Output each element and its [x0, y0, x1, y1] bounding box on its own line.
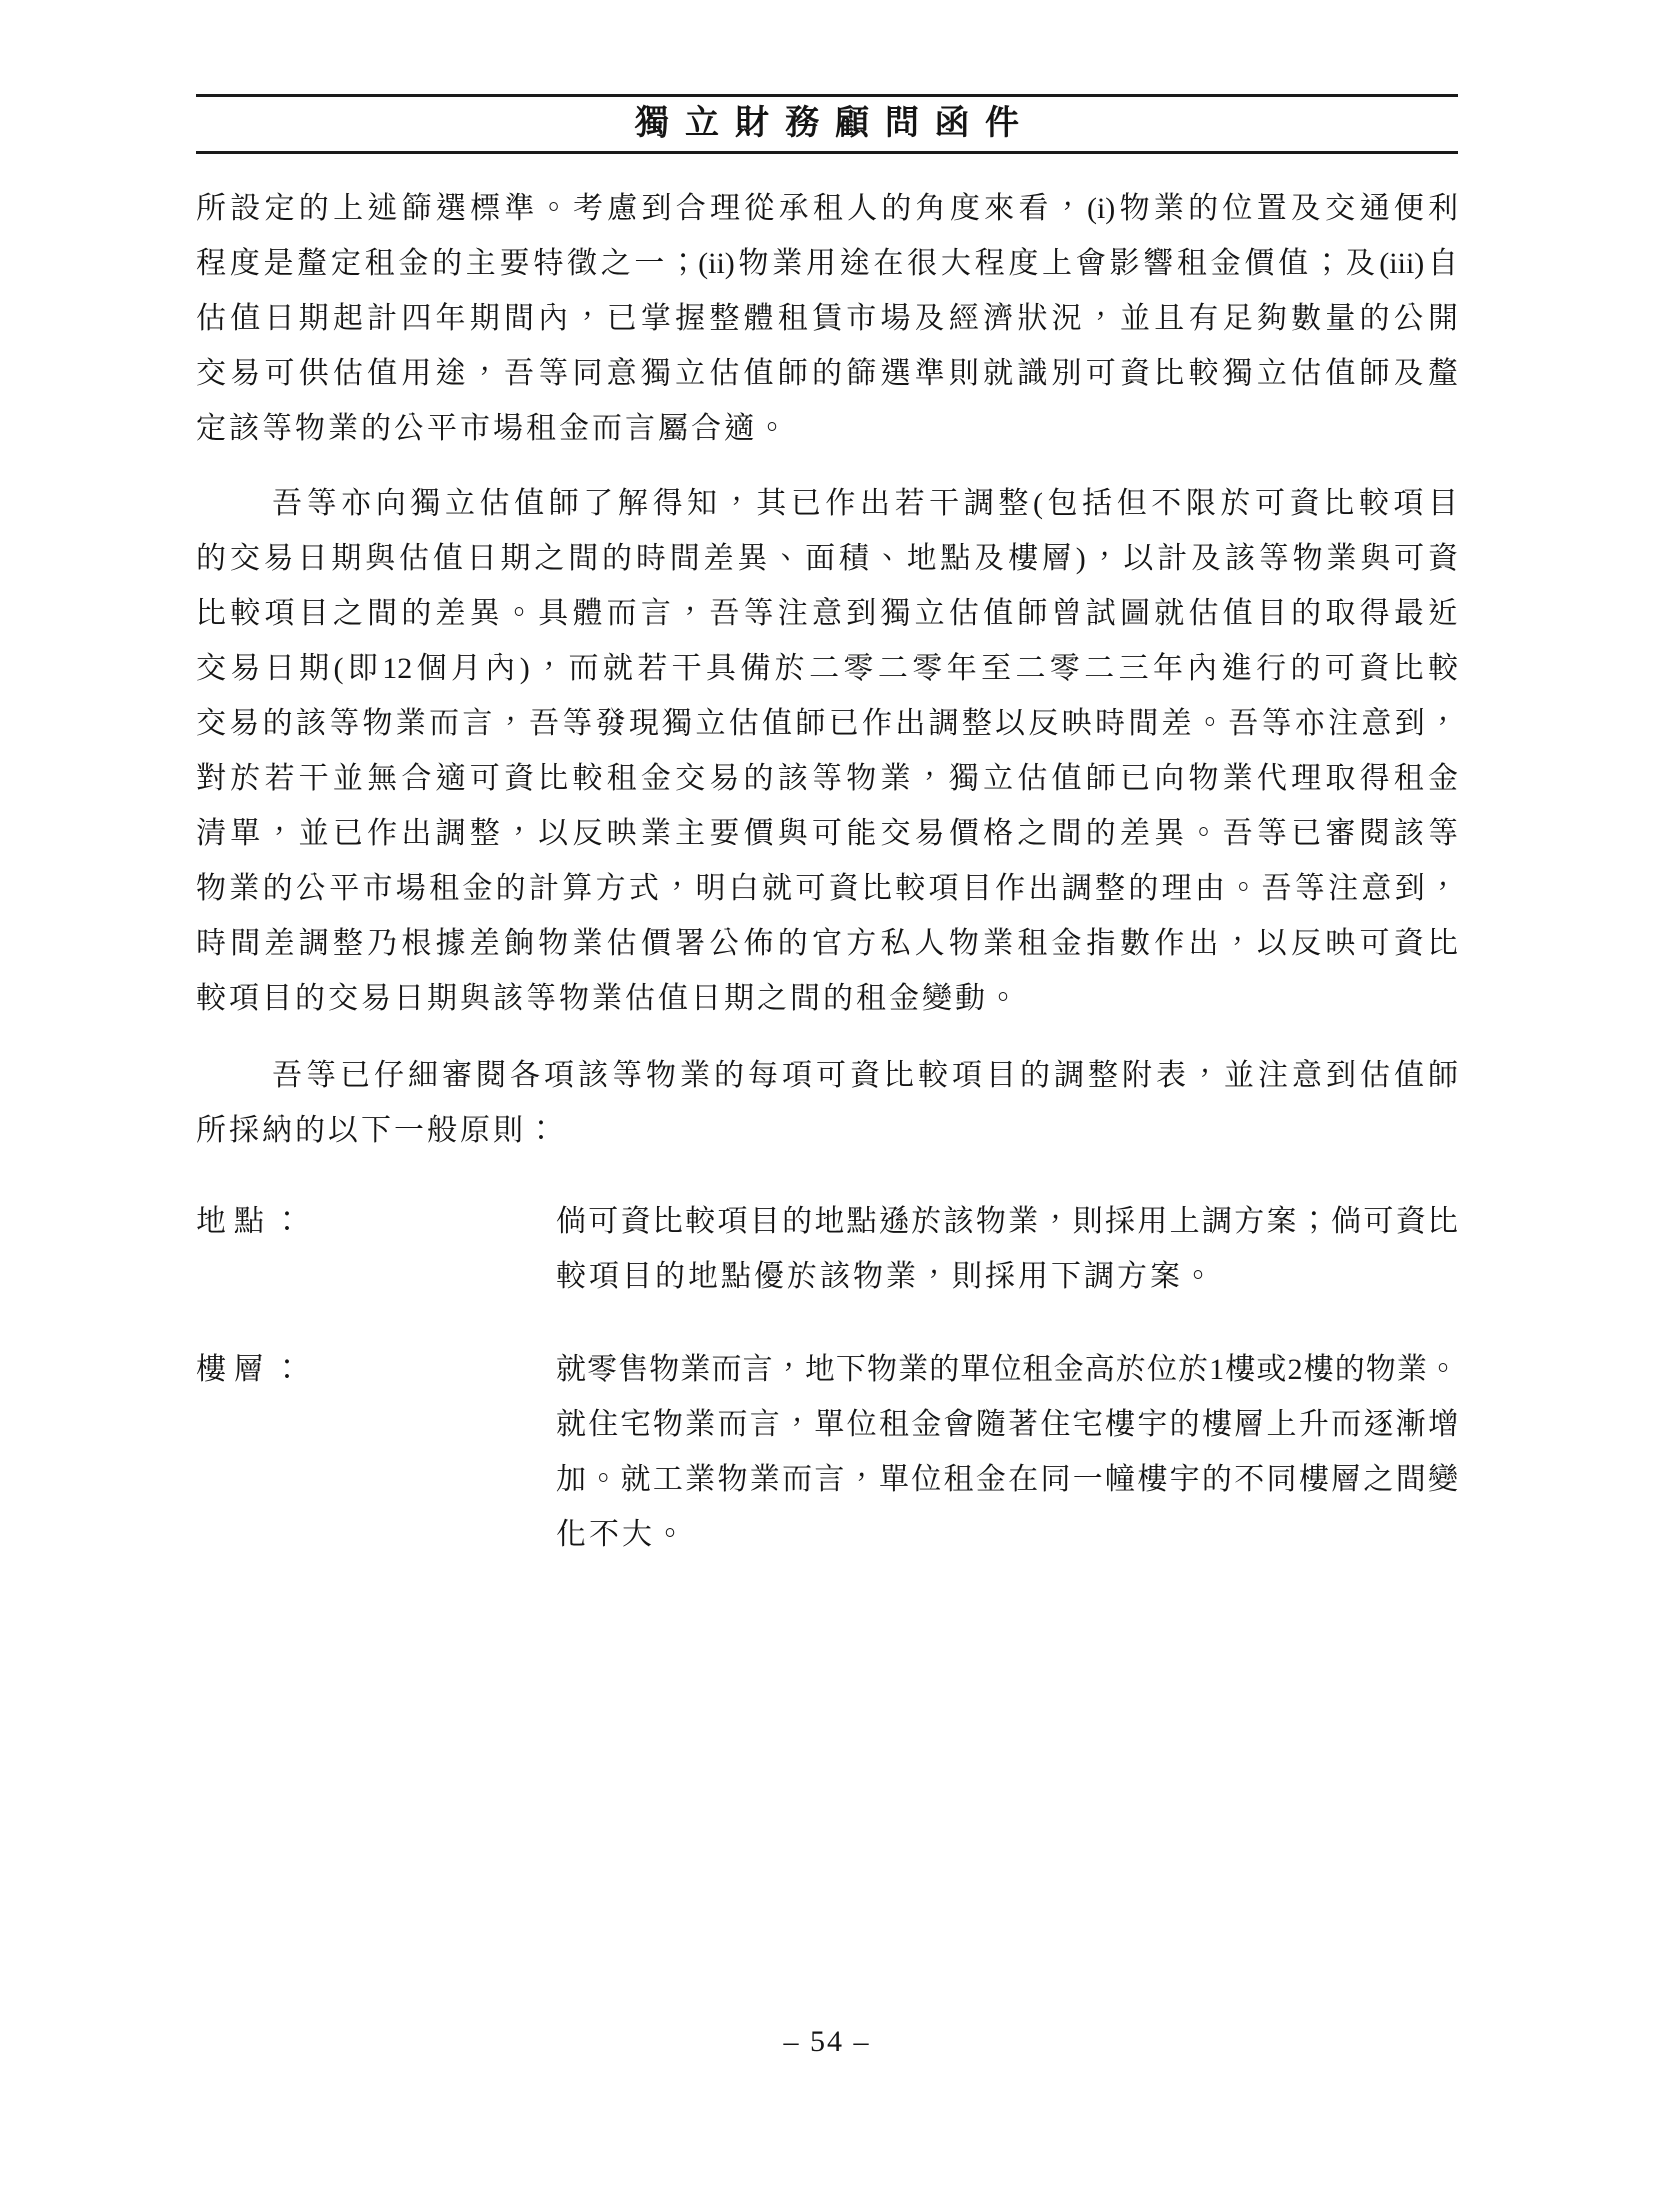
- paragraph-general-principles-intro: 吾等已仔細審閱各項該等物業的每項可資比較項目的調整附表，並注意到估值師 所採納的…: [196, 1048, 1458, 1158]
- paragraph-screening-criteria: 所設定的上述篩選標準。考慮到合理從承租人的角度來看，(i)物業的位置及交通便利 …: [196, 181, 1458, 456]
- text-line: 較項目的地點優於該物業，則採用下調方案。: [556, 1249, 1458, 1304]
- text-line: 就零售物業而言，地下物業的單位租金高於位於1樓或2樓的物業。: [556, 1342, 1458, 1397]
- page-title: 獨立財務顧問函件: [196, 103, 1458, 143]
- principle-floor: 樓層： 就零售物業而言，地下物業的單位租金高於位於1樓或2樓的物業。 就住宅物業…: [196, 1342, 1458, 1562]
- text-line: 交易可供估值用途，吾等同意獨立估值師的篩選準則就識別可資比較獨立估值師及釐: [196, 346, 1458, 401]
- text-line: 加。就工業物業而言，單位租金在同一幢樓宇的不同樓層之間變: [556, 1452, 1458, 1507]
- text-line: 所採納的以下一般原則：: [196, 1103, 1458, 1158]
- text-line: 交易日期(即12個月內)，而就若干具備於二零二零年至二零二三年內進行的可資比較: [196, 641, 1458, 696]
- paragraph-adjustments: 吾等亦向獨立估值師了解得知，其已作出若干調整(包括但不限於可資比較項目 的交易日…: [196, 476, 1458, 1026]
- page-number: – 54 –: [784, 2025, 871, 2058]
- page-footer: – 54 –: [0, 2022, 1654, 2062]
- text-line: 對於若干並無合適可資比較租金交易的該等物業，獨立估值師已向物業代理取得租金: [196, 751, 1458, 806]
- principle-floor-text: 就零售物業而言，地下物業的單位租金高於位於1樓或2樓的物業。 就住宅物業而言，單…: [556, 1342, 1458, 1562]
- text-line: 的交易日期與估值日期之間的時間差異、面積、地點及樓層)，以計及該等物業與可資: [196, 531, 1458, 586]
- document-header: 獨立財務顧問函件: [196, 94, 1458, 154]
- text-line: 交易的該等物業而言，吾等發現獨立估值師已作出調整以反映時間差。吾等亦注意到，: [196, 696, 1458, 751]
- principle-floor-label: 樓層：: [196, 1342, 556, 1397]
- text-line: 吾等已仔細審閱各項該等物業的每項可資比較項目的調整附表，並注意到估值師: [196, 1048, 1458, 1103]
- text-line: 就住宅物業而言，單位租金會隨著住宅樓宇的樓層上升而逐漸增: [556, 1397, 1458, 1452]
- text-line: 吾等亦向獨立估值師了解得知，其已作出若干調整(包括但不限於可資比較項目: [196, 476, 1458, 531]
- text-line: 倘可資比較項目的地點遜於該物業，則採用上調方案；倘可資比: [556, 1194, 1458, 1249]
- principle-location-label: 地點：: [196, 1194, 556, 1249]
- text-line: 清單，並已作出調整，以反映業主要價與可能交易價格之間的差異。吾等已審閱該等: [196, 806, 1458, 861]
- text-line: 化不大。: [556, 1507, 1458, 1562]
- principle-location: 地點： 倘可資比較項目的地點遜於該物業，則採用上調方案；倘可資比 較項目的地點優…: [196, 1194, 1458, 1304]
- text-line: 時間差調整乃根據差餉物業估價署公佈的官方私人物業租金指數作出，以反映可資比: [196, 916, 1458, 971]
- text-line: 定該等物業的公平市場租金而言屬合適。: [196, 401, 1458, 456]
- principle-location-text: 倘可資比較項目的地點遜於該物業，則採用上調方案；倘可資比 較項目的地點優於該物業…: [556, 1194, 1458, 1304]
- content-column: 獨立財務顧問函件 所設定的上述篩選標準。考慮到合理從承租人的角度來看，(i)物業…: [196, 0, 1458, 1562]
- text-line: 估值日期起計四年期間內，已掌握整體租賃市場及經濟狀況，並且有足夠數量的公開: [196, 291, 1458, 346]
- text-line: 比較項目之間的差異。具體而言，吾等注意到獨立估值師曾試圖就估值目的取得最近: [196, 586, 1458, 641]
- text-line: 程度是釐定租金的主要特徵之一；(ii)物業用途在很大程度上會影響租金價值；及(i…: [196, 236, 1458, 291]
- text-line: 所設定的上述篩選標準。考慮到合理從承租人的角度來看，(i)物業的位置及交通便利: [196, 181, 1458, 236]
- document-page: 獨立財務顧問函件 所設定的上述篩選標準。考慮到合理從承租人的角度來看，(i)物業…: [0, 0, 1654, 2205]
- text-line: 物業的公平市場租金的計算方式，明白就可資比較項目作出調整的理由。吾等注意到，: [196, 861, 1458, 916]
- text-line: 較項目的交易日期與該等物業估值日期之間的租金變動。: [196, 971, 1458, 1026]
